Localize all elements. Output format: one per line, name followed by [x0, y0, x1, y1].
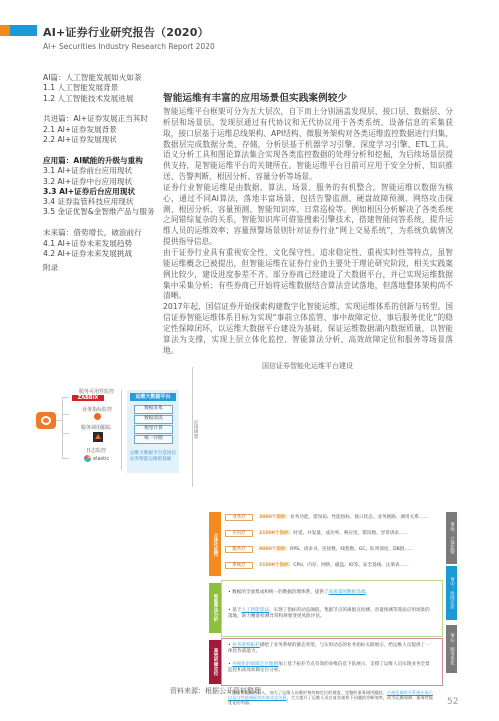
toc-item-3-2[interactable]: 3.2 AI+证券中台应用现状	[43, 177, 161, 187]
tree-connector	[63, 433, 69, 434]
metric-row-application: 应用层21000个指标：时延、并发量、成功率、响应度、错误数、异常请求……	[225, 530, 408, 536]
side-tag-after: 事后：服务优化	[446, 625, 457, 673]
toc-item-3-4[interactable]: 3.4 证券监管科技应用现状	[43, 197, 161, 207]
toc-item-1-1[interactable]: 1.1 人工智能发展背景	[43, 83, 161, 93]
report-title: AI+证券行业研究报告（2020）	[43, 24, 209, 40]
toc-section-application[interactable]: 应用篇：AI赋能的升级与重构	[43, 156, 161, 166]
metric-row-system: 系统层51000个指标：CPU、内存、网络、磁盘、IO等、安全基线、注册表……	[225, 562, 409, 568]
toc-item-3-5[interactable]: 3.5 金证优智&金智维产品与服务	[43, 207, 161, 217]
algorithm-bullet-1: • 数据的全面集成和统一的数据治理体系，提供了高质量的数据基础。	[228, 590, 434, 596]
layer-tag-monitoring: 立体化监控	[209, 512, 221, 576]
table-of-contents: AI篇：人工智能发展如火如荼 1.1 人工智能发展背景 1.2 人工智能技术发展…	[43, 73, 161, 274]
paragraph-3: 由于证券行业具有重视安全性、文化保守性、追求稳定性、重视实时性等特点，虽智能运维…	[163, 248, 453, 302]
side-tag-before: 事前：立体监管	[446, 512, 457, 564]
paragraph-2: 证券行业智能运维是由数据、算法、场景、服务的有机整合。智能运维以数据为核心，通过…	[163, 183, 453, 248]
grafana-icon	[94, 413, 101, 420]
fault-bullet-2: • 可视化的故障定位地图加上基于拓扑节点有效的多维信息下钻展示，支撑了运维人员实…	[228, 662, 434, 673]
toc-item-2-1[interactable]: 2.1 AI+证券发展背景	[43, 125, 161, 135]
fault-bullet-1: • 业务架构拓扑描绘了业务系统的静态骨架，与实时动态的业务指标关联展示，给运维人…	[228, 643, 434, 654]
scenario-vertical-label: 应用场景	[192, 420, 198, 438]
monitor-label-log: 日志监控	[86, 447, 106, 454]
elastic-icon	[84, 455, 91, 462]
monitor-label-business: 业务指标监控	[82, 406, 112, 413]
toc-item-4-2[interactable]: 4.2 AI+证券未来发展挑战	[43, 249, 161, 259]
toc-section-future[interactable]: 未来篇：借势增长，破浪前行	[43, 228, 161, 238]
toc-section-gongjin[interactable]: 共进篇：AI+证券发展正当其时	[43, 114, 161, 124]
report-subtitle: AI+ Securities Industry Research Report …	[43, 42, 215, 51]
algorithm-bullet-2: • 基于人工智能算法，实现了指标的动态阈值、集群节点的离群点检测、容量预测等算法…	[228, 608, 434, 619]
tree-connector	[121, 390, 122, 470]
side-tag-during: 事中：故障定位	[446, 566, 457, 620]
platform-box-collect: 数据采集	[134, 405, 173, 414]
metric-row-business: 业务层3000个指标：业务功能、错误码、性能指标、接口状态、业务链路、调用关系……	[225, 514, 428, 520]
metric-row-service: 服务层9000个指标：RPS、请求书、连接数、线程数、GC、队列深度、DB链……	[225, 546, 414, 552]
platform-box-store: 统一存储	[134, 435, 173, 444]
zipkin-icon	[93, 432, 103, 442]
layer-tag-algorithm: 智能算法分析	[209, 583, 221, 633]
toc-item-1-2[interactable]: 1.2 人工智能技术发展进展	[43, 94, 161, 104]
paragraph-4: 2017年起，国信证券开始探索构建数字化智能运维，实现运维体系的创新与转型。国信…	[163, 302, 453, 356]
toc-section-appendix[interactable]: 附录	[43, 263, 161, 273]
zabbix-logo: ZABBIX	[72, 395, 104, 401]
tree-connector	[63, 458, 69, 459]
monitor-label-tracing: 服务调用跟踪	[81, 424, 111, 431]
layer-tag-fault: 高效故障定位	[209, 640, 221, 684]
toc-item-4-1[interactable]: 4.1 AI+证券未来发展趋势	[43, 239, 161, 249]
platform-box-clean: 数据清洗	[134, 415, 173, 424]
header-accent-blue	[10, 25, 37, 36]
toc-item-3-1[interactable]: 3.1 AI+证券前台应用现状	[43, 166, 161, 176]
body-text: 智能运维平台框架可分为五大层次，自下而上分别涵盖发现层、接口层、数据层、分析层和…	[163, 107, 453, 356]
figure-title: 国信证券智能化运维平台建设	[262, 361, 353, 371]
tree-connector	[63, 397, 69, 398]
source-note: 资料来源：根据公开资料整理	[170, 686, 261, 696]
tree-connector	[63, 414, 69, 415]
section-heading: 智能运维有丰富的应用场景但实践案例较少	[163, 90, 453, 104]
toc-section-ai[interactable]: AI篇：人工智能发展如火如荼	[43, 73, 161, 83]
monitor-label-availability: 服务可用性监控	[79, 388, 114, 395]
platform-note: 运维大数据平台是国信证券智能运维的基础	[130, 451, 177, 462]
toc-item-3-3-active[interactable]: 3.3 AI+证券后台应用现状	[43, 187, 161, 197]
elastic-label: elastic	[93, 456, 109, 462]
main-content: 智能运维有丰富的应用场景但实践案例较少 智能运维平台框架可分为五大层次，自下而上…	[163, 90, 453, 356]
platform-header: 运维大数据平台	[130, 393, 176, 401]
platform-box-compute: 模型计算	[134, 425, 173, 434]
page-number: 52	[447, 697, 458, 707]
header-accent-orange	[0, 25, 10, 36]
paragraph-1: 智能运维平台框架可分为五大层次，自下而上分别涵盖发现层、接口层、数据层、分析层和…	[163, 107, 453, 183]
toc-item-2-2[interactable]: 2.2 AI+证券发展现状	[43, 135, 161, 145]
ops-logo-icon	[36, 412, 56, 429]
tree-connector	[62, 397, 63, 459]
